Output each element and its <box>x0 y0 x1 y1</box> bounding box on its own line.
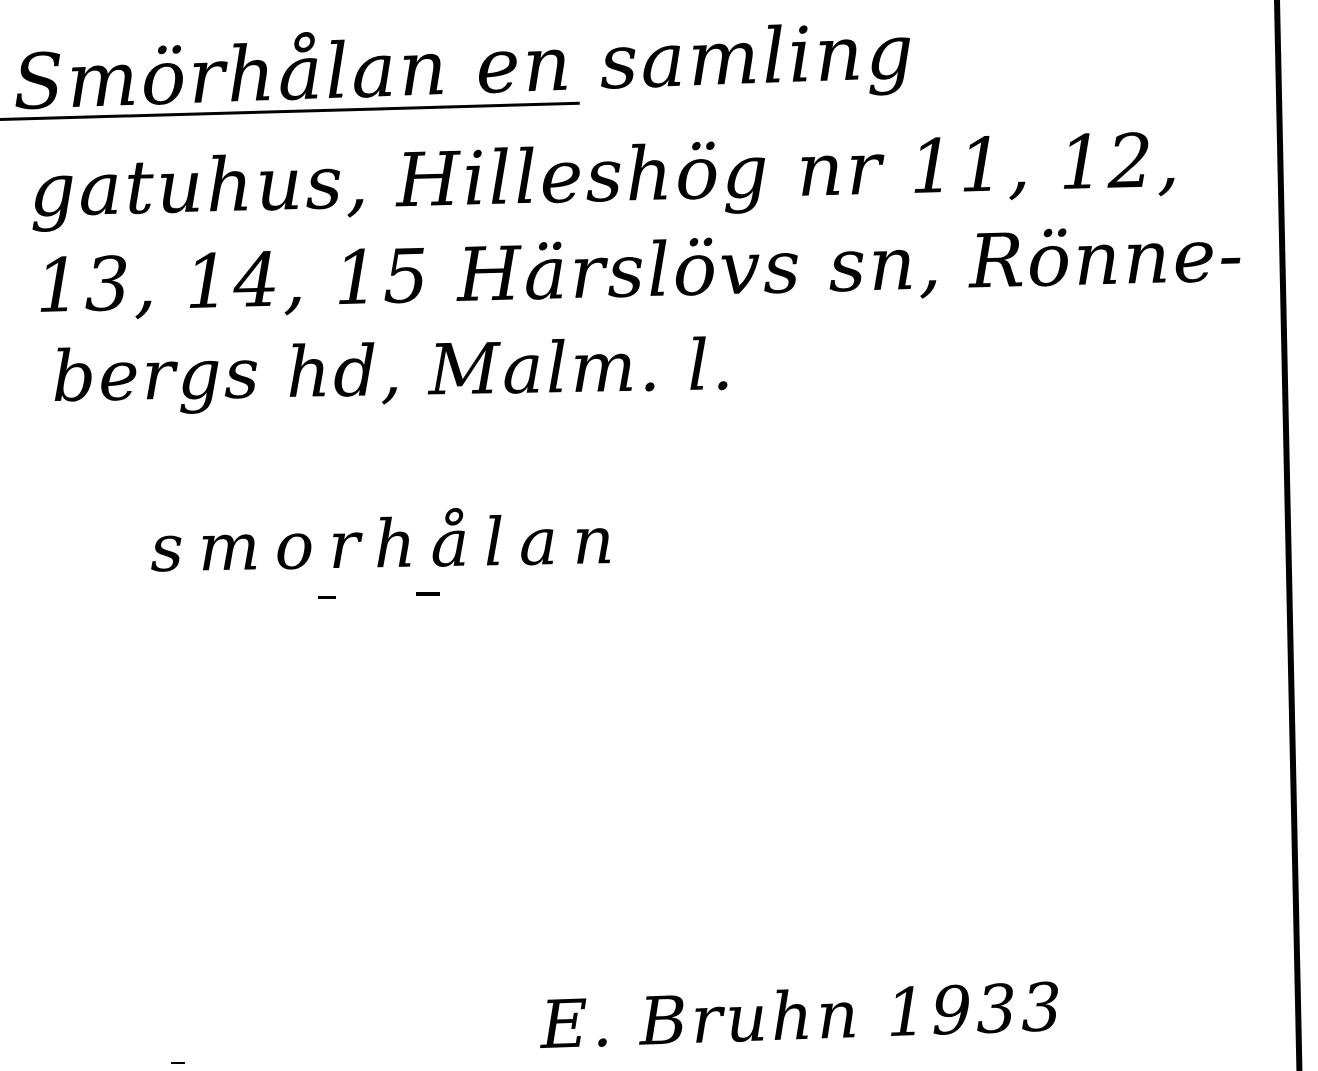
record-line-4: bergs hd, Malm. l. <box>51 324 737 418</box>
stray-mark <box>171 1062 185 1064</box>
record-line-1: Smörhålan en samling <box>11 7 917 127</box>
card-edge-border <box>1274 0 1302 1071</box>
collector-signature: E. Bruhn 1933 <box>539 969 1067 1064</box>
pronunciation-transcription: smorhålan <box>149 502 629 587</box>
archive-card: Smörhålan en samling gatuhus, Hilleshög … <box>0 0 1318 1071</box>
stress-mark-2 <box>416 592 440 596</box>
record-line-2: gatuhus, Hilleshög nr 11, 12, <box>28 118 1183 234</box>
record-line-3: 13, 14, 15 Härslövs sn, Rönne- <box>34 212 1247 330</box>
stress-mark-1 <box>318 596 336 599</box>
